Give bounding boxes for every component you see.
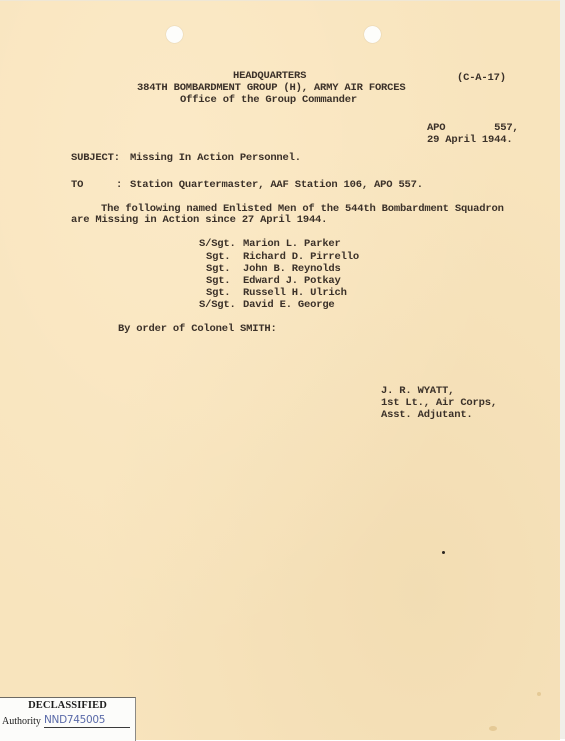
to-colon: :: [116, 179, 122, 192]
subject-label: SUBJECT:: [71, 152, 120, 165]
scan-margin: [560, 0, 565, 739]
document-date: 29 April 1944.: [427, 134, 512, 147]
authority-value: NND745005: [44, 714, 130, 728]
punch-hole-left: [166, 26, 183, 43]
document-page: HEADQUARTERS 384TH BOMBARDMENT GROUP (H)…: [0, 0, 560, 739]
header-office: Office of the Group Commander: [180, 94, 357, 107]
declassified-stamp: DECLASSIFIED Authority NND745005: [0, 697, 136, 739]
paper-stain: [489, 726, 497, 731]
ink-speck: [442, 551, 445, 554]
to-label: TO: [71, 179, 83, 192]
order-line: By order of Colonel SMITH:: [118, 323, 277, 336]
signature-title: Asst. Adjutant.: [381, 409, 473, 422]
body-line-2: are Missing in Action since 27 April 194…: [71, 214, 327, 227]
to-value: Station Quartermaster, AAF Station 106, …: [130, 179, 423, 192]
personnel-name: Marion L. Parker: [243, 238, 341, 251]
authority-label: Authority: [2, 716, 41, 727]
personnel-rank: S/Sgt.: [199, 299, 236, 312]
personnel-rank: S/Sgt.: [199, 238, 236, 251]
paper-stain: [537, 692, 541, 696]
subject-value: Missing In Action Personnel.: [130, 152, 301, 165]
file-code: (C-A-17): [457, 72, 506, 85]
declassified-title: DECLASSIFIED: [0, 700, 135, 711]
personnel-name: David E. George: [243, 299, 335, 312]
punch-hole-right: [364, 26, 381, 43]
